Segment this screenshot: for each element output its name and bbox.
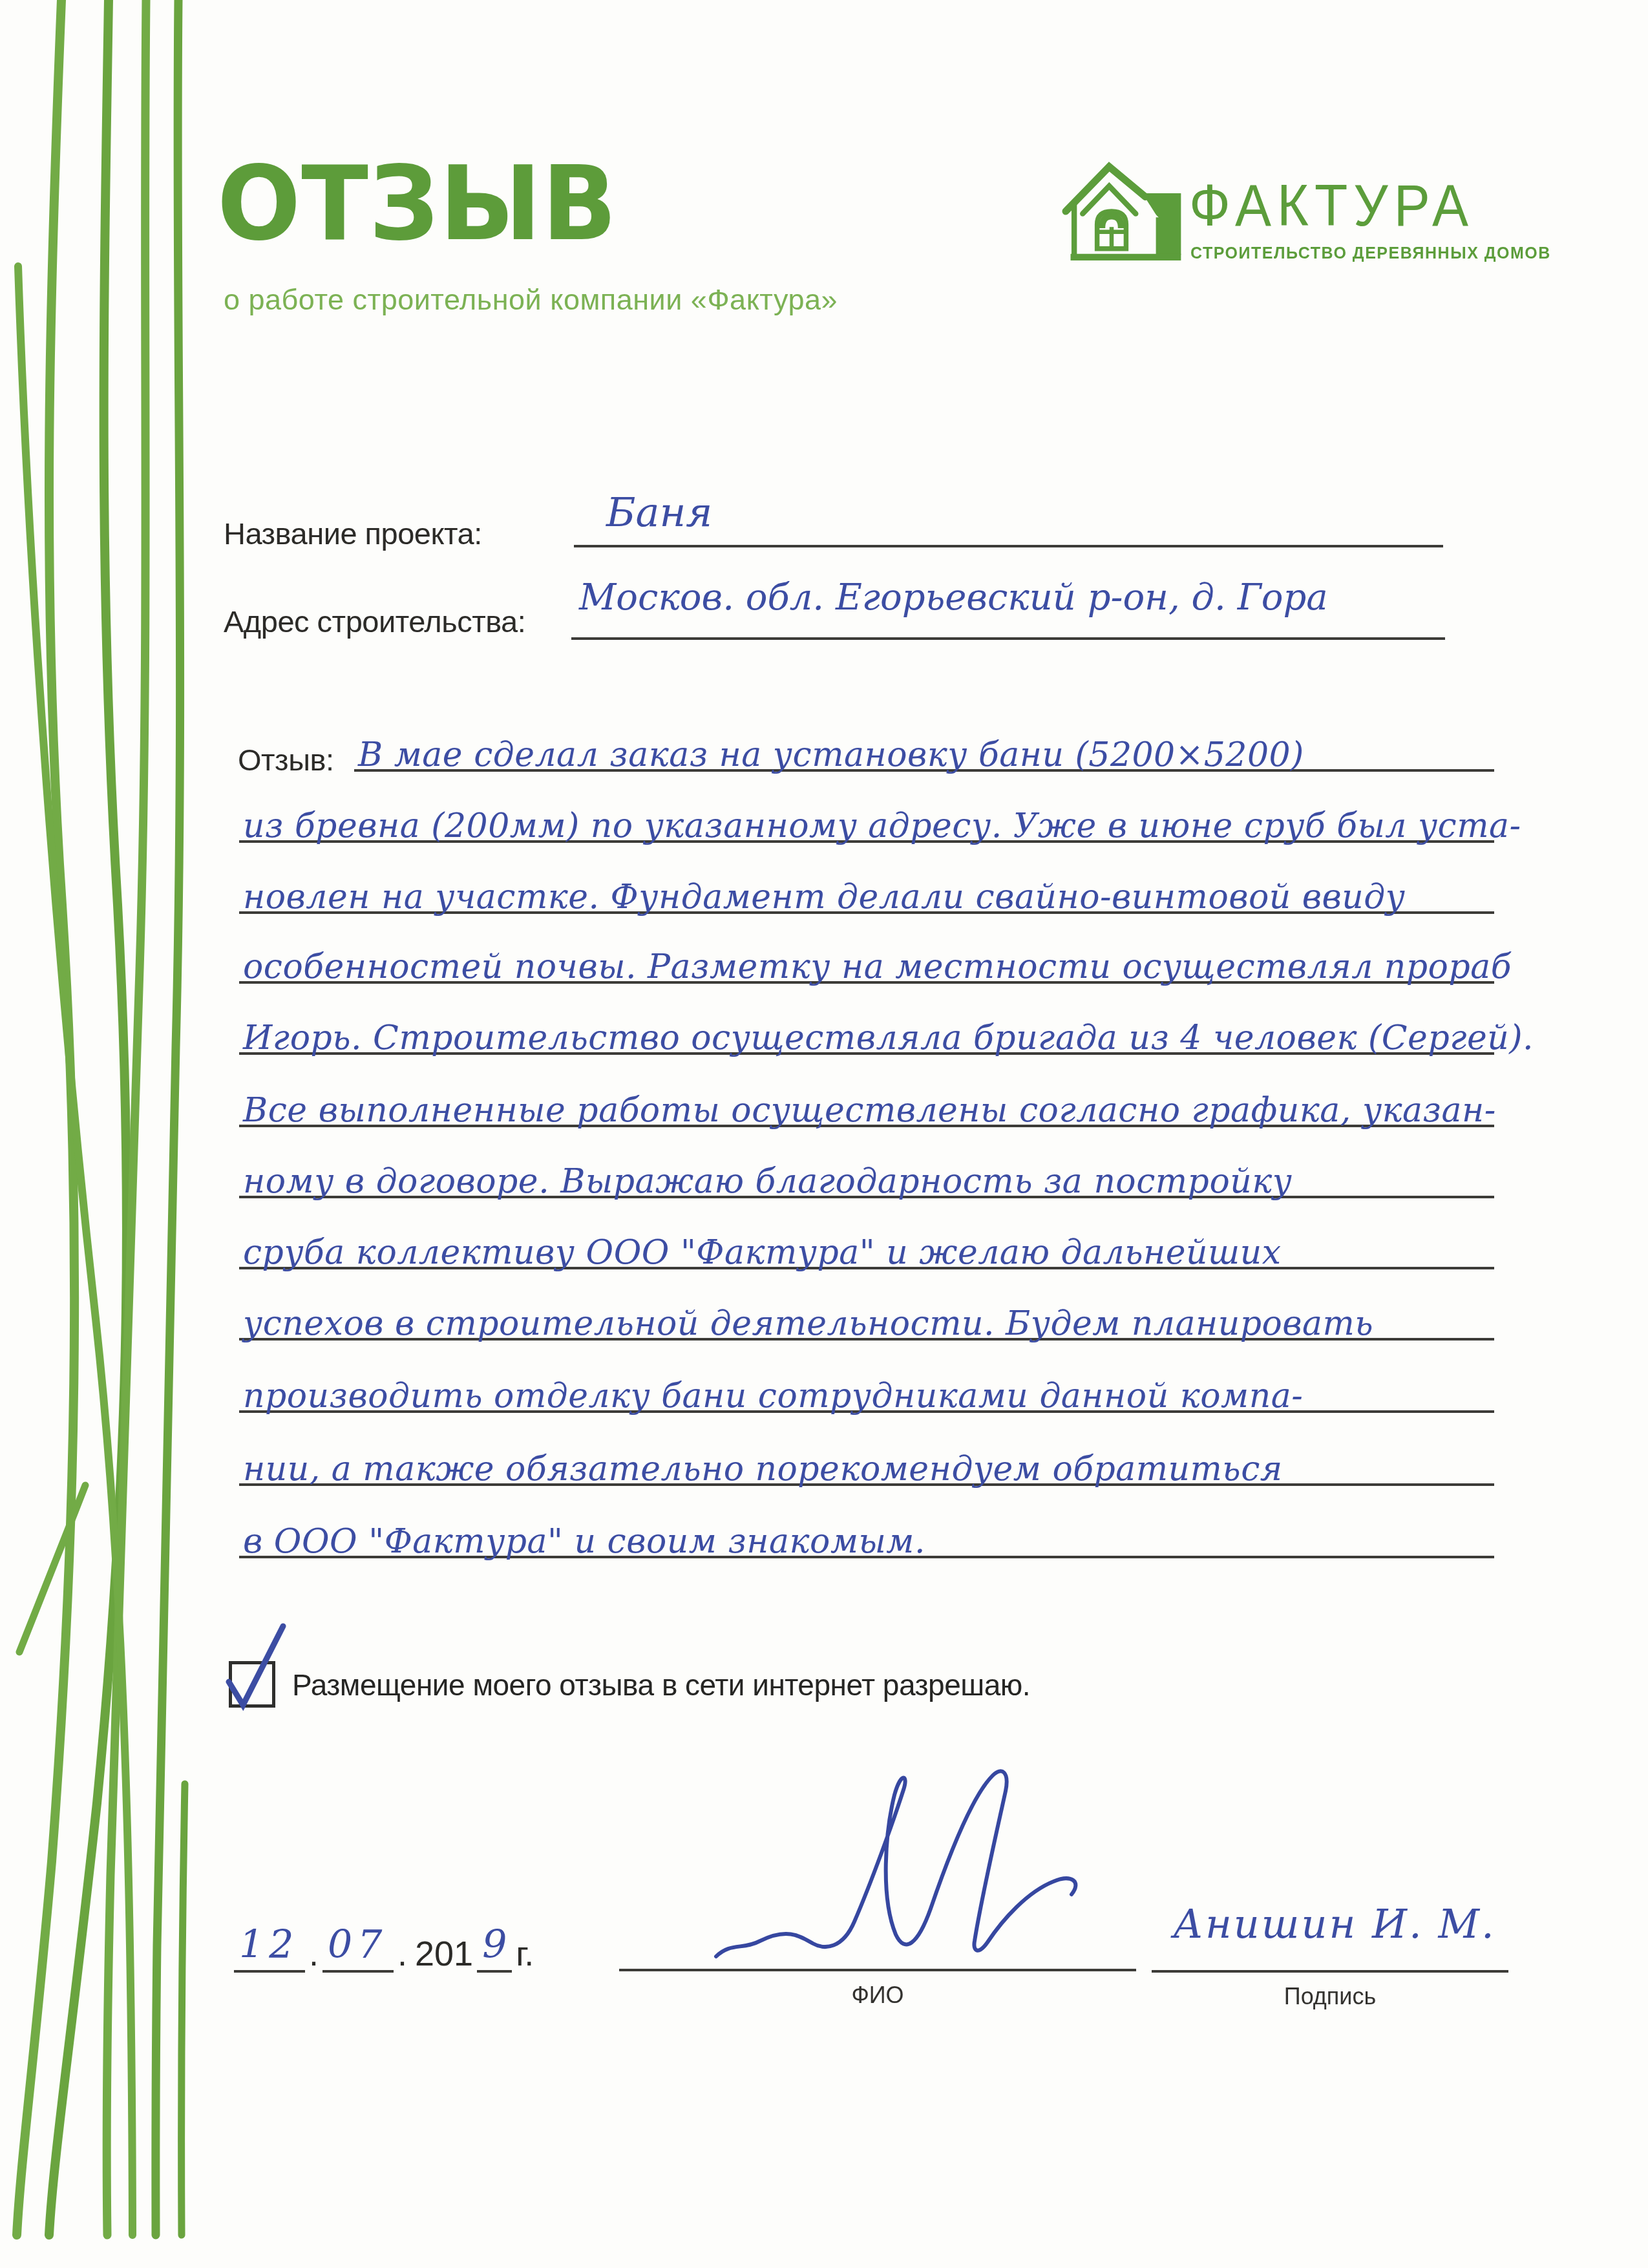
review-line-text: производить отделку бани сотрудниками да…	[243, 1377, 1303, 1415]
date-year-prefix: 201	[411, 1936, 477, 1973]
project-name-rule	[574, 545, 1443, 547]
review-line: в ООО "Фактура" и своим знакомым.	[239, 1486, 1494, 1558]
review-line: новлен на участке. Фундамент делали свай…	[239, 842, 1494, 914]
review-line: из бревна (200мм) по указанному адресу. …	[239, 770, 1494, 843]
review-line-text: в ООО "Фактура" и своим знакомым.	[243, 1522, 925, 1561]
fio-signature	[704, 1768, 1118, 1975]
date-day-value: 12	[239, 1922, 299, 1967]
date-dot: .	[394, 1936, 411, 1973]
date-field: 12 . 07 . 201 9 г.	[234, 1911, 538, 1973]
review-line-text: В мае сделал заказ на установку бани (52…	[358, 736, 1304, 774]
review-line-text: нии, а также обязательно порекомендуем о…	[243, 1450, 1283, 1489]
page-title: ОТЗЫВ	[217, 153, 617, 255]
review-line-text: успехов в строительной деятельности. Буд…	[243, 1304, 1373, 1343]
consent-label: Размещение моего отзыва в сети интернет …	[292, 1668, 1030, 1702]
review-line-text: из бревна (200мм) по указанному адресу. …	[243, 807, 1521, 845]
review-line-text: сруба коллективу ООО "Фактура" и желаю д…	[243, 1233, 1282, 1272]
review-line: сруба коллективу ООО "Фактура" и желаю д…	[239, 1197, 1494, 1269]
review-line-text: особенностей почвы. Разметку на местност…	[243, 948, 1512, 986]
project-name-label: Название проекта:	[224, 516, 482, 551]
date-day-blank: 12	[234, 1912, 305, 1973]
review-line: особенностей почвы. Разметку на местност…	[239, 911, 1494, 984]
signature-line	[1152, 1970, 1508, 1973]
date-year-blank: 9	[477, 1912, 512, 1973]
date-month-blank: 07	[322, 1912, 394, 1973]
review-line-text: ному в договоре. Выражаю благодарность з…	[243, 1162, 1292, 1201]
date-suffix: г.	[512, 1936, 538, 1973]
address-rule	[571, 637, 1445, 640]
brand-name: ФАКТУРА	[1189, 176, 1474, 235]
review-line: В мае сделал заказ на установку бани (52…	[354, 699, 1494, 772]
review-line-text: новлен на участке. Фундамент делали свай…	[243, 878, 1405, 917]
review-line: успехов в строительной деятельности. Буд…	[239, 1268, 1494, 1341]
project-name-value: Баня	[606, 489, 712, 536]
scanned-review-document: ОТЗЫВ о работе строительной компании «Фа…	[0, 0, 1648, 2268]
address-value: Москов. обл. Егорьевский р-он, д. Гора	[579, 577, 1328, 619]
brand-tagline: СТРОИТЕЛЬСТВО ДЕРЕВЯННЫХ ДОМОВ	[1190, 244, 1551, 263]
review-line: Игорь. Строительство осуществляла бригад…	[239, 982, 1494, 1055]
review-line: нии, а также обязательно порекомендуем о…	[239, 1414, 1494, 1486]
faktura-house-logo-icon	[1057, 146, 1184, 275]
signature-label: Подпись	[1152, 1983, 1508, 2010]
review-line: производить отделку бани сотрудниками да…	[239, 1341, 1494, 1413]
review-line-text: Все выполненные работы осуществлены согл…	[243, 1091, 1496, 1130]
signature-name-value: Анишин И. М.	[1173, 1900, 1496, 1947]
date-year-digit: 9	[482, 1922, 507, 1967]
fio-label: ФИО	[619, 1982, 1136, 2009]
address-label: Адрес строительства:	[224, 604, 525, 639]
review-line-text: Игорь. Строительство осуществляла бригад…	[243, 1019, 1534, 1057]
review-line: Все выполненные работы осуществлены согл…	[239, 1055, 1494, 1127]
checkmark-icon	[220, 1620, 297, 1717]
date-dot: .	[305, 1936, 322, 1973]
review-line: ному в договоре. Выражаю благодарность з…	[239, 1126, 1494, 1198]
grass-decoration-lines	[0, 0, 213, 2268]
date-month-value: 07	[328, 1922, 387, 1967]
page-subtitle: о работе строительной компании «Фактура»	[224, 283, 838, 317]
fio-line	[619, 1969, 1136, 1971]
